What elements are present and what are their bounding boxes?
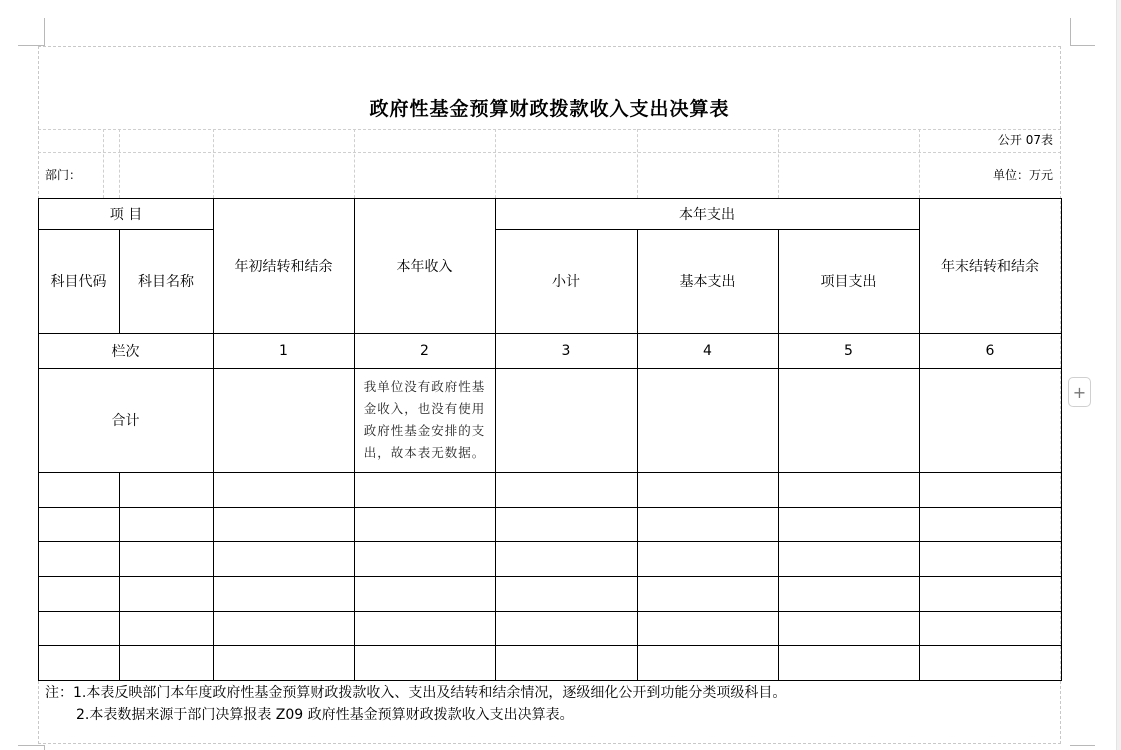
- crop-mark-top-right-h: [1070, 45, 1095, 46]
- total-row-label: 合计: [38, 368, 213, 472]
- gridline: [919, 129, 920, 198]
- header-beginning-balance: 年初结转和结余: [213, 198, 354, 333]
- table-code: 公开 07表: [998, 131, 1053, 148]
- table-row-empty-4[interactable]: [38, 576, 1061, 611]
- crop-mark-top-left-v: [44, 18, 45, 46]
- note-1: 注：1.本表反映部门本年度政府性基金预算财政拨款收入、支出及结转和结余情况，逐级…: [45, 682, 786, 702]
- table-row-empty-3[interactable]: [38, 541, 1061, 576]
- table-row-empty-2[interactable]: [38, 507, 1061, 541]
- column-index-5: 5: [778, 333, 919, 368]
- gridline: [38, 129, 1061, 130]
- header-current-expense-group: 本年支出: [495, 198, 919, 229]
- plus-icon: +: [1073, 383, 1086, 402]
- department-label: 部门：: [45, 166, 81, 183]
- header-subject-name: 科目名称: [119, 229, 213, 333]
- gridline: [637, 129, 638, 198]
- document-title: 政府性基金预算财政拨款收入支出决算表: [38, 94, 1061, 124]
- total-basic-expense[interactable]: [637, 368, 778, 472]
- header-subject-code: 科目代码: [38, 229, 119, 333]
- note-2: 2.本表数据来源于部门决算报表 Z09 政府性基金预算财政拨款收入支出决算表。: [76, 704, 574, 724]
- total-subtotal[interactable]: [495, 368, 637, 472]
- unit-label: 单位：万元: [993, 166, 1053, 183]
- crop-mark-bottom-left-v: [44, 745, 45, 750]
- table-row-empty-6[interactable]: [38, 645, 1061, 680]
- gridline: [38, 152, 1061, 153]
- header-ending-balance: 年末结转和结余: [919, 198, 1061, 333]
- gridline: [213, 129, 214, 198]
- crop-mark-top-right-v: [1070, 18, 1071, 46]
- table-line: [1061, 198, 1062, 681]
- total-current-income-note[interactable]: 我单位没有政府性基金收入，也没有使用政府性基金安排的支出，故本表无数据。: [354, 368, 495, 472]
- header-item-group: 项 目: [38, 198, 214, 229]
- column-index-3: 3: [495, 333, 637, 368]
- header-subtotal: 小计: [495, 229, 637, 333]
- add-button[interactable]: +: [1068, 377, 1091, 407]
- gridline: [354, 129, 355, 198]
- header-current-income: 本年收入: [354, 198, 495, 333]
- column-index-label: 栏次: [38, 333, 213, 368]
- column-index-1: 1: [213, 333, 354, 368]
- column-index-4: 4: [637, 333, 778, 368]
- table-row-empty-5[interactable]: [38, 611, 1061, 645]
- gridline: [495, 129, 496, 198]
- total-beginning-balance[interactable]: [213, 368, 354, 472]
- total-ending-balance[interactable]: [919, 368, 1061, 472]
- header-project-expense: 项目支出: [778, 229, 919, 333]
- table-row-empty-1[interactable]: [38, 472, 1061, 507]
- total-project-expense[interactable]: [778, 368, 919, 472]
- vertical-scrollbar[interactable]: [1116, 0, 1121, 750]
- header-basic-expense: 基本支出: [637, 229, 778, 333]
- column-index-6: 6: [919, 333, 1061, 368]
- gridline: [778, 129, 779, 198]
- crop-mark-bottom-right-h: [1070, 745, 1095, 746]
- crop-mark-bottom-left-h: [18, 745, 45, 746]
- column-index-2: 2: [354, 333, 495, 368]
- gridline: [119, 129, 120, 198]
- table-line: [38, 680, 1062, 681]
- gridline: [103, 129, 104, 198]
